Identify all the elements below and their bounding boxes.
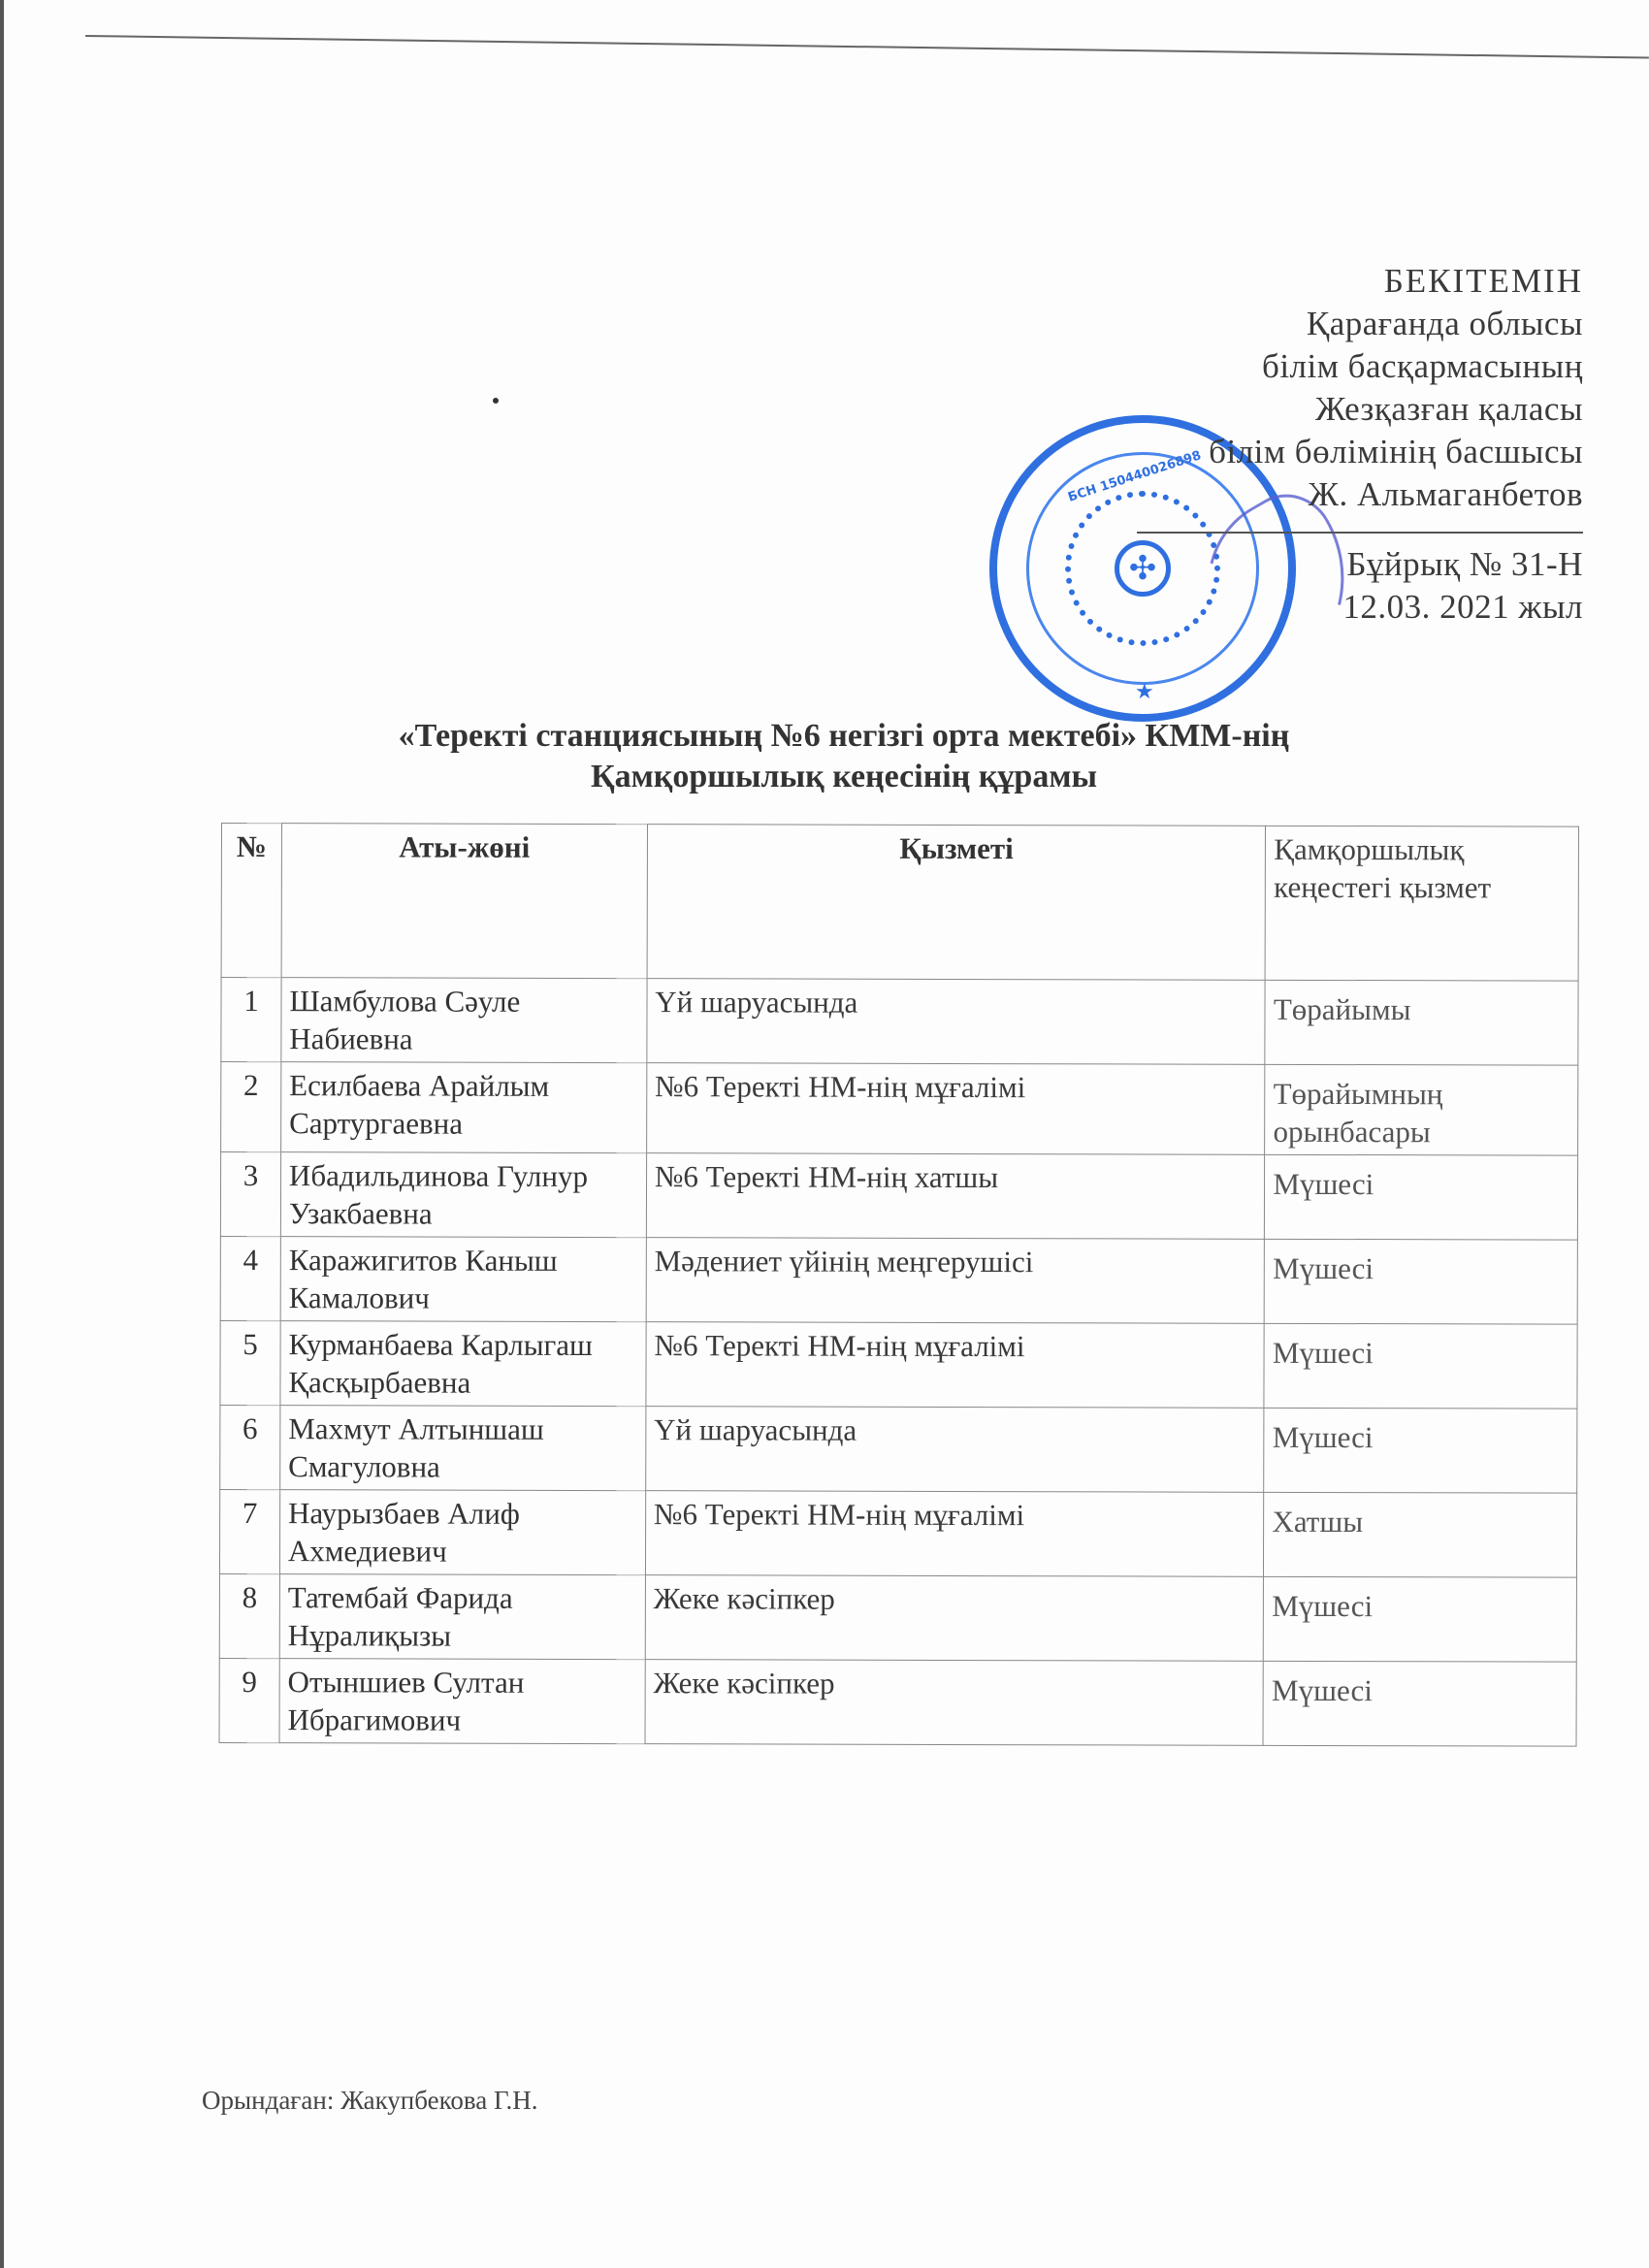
cell-number: 9: [219, 1658, 279, 1742]
approval-block: БЕКІТЕМІН Қарағанда облысы білім басқарм…: [1079, 260, 1583, 629]
order-date: 12.03. 2021 жыл: [1079, 586, 1583, 629]
document-title: «Теректі станциясының №6 негізгі орта ме…: [291, 716, 1397, 797]
cell-number: 5: [220, 1320, 280, 1405]
table-row: 2Есилбаева Арайлым Сартургаевна№6 Терект…: [221, 1062, 1578, 1156]
approver-name: Ж. Альмаганбетов: [1079, 473, 1583, 516]
cell-board-role: Мүшесі: [1265, 1154, 1578, 1240]
table-row: 3Ибадильдинова Гулнур Узакбаевна№6 Терек…: [220, 1152, 1577, 1241]
cell-number: 8: [219, 1573, 279, 1658]
approval-line: Қарағанда облысы: [1079, 303, 1583, 345]
cell-name: Наурызбаев Алиф Ахмедиевич: [279, 1490, 645, 1575]
table-header-row: № Аты-жөні Қызметі Қамқоршылық кеңестегі…: [221, 824, 1578, 982]
cell-number: 7: [219, 1489, 279, 1573]
cell-number: 4: [220, 1236, 280, 1320]
cell-board-role: Төрайымы: [1265, 980, 1578, 1065]
cell-number: 6: [220, 1405, 280, 1489]
cell-position: №6 Теректі НМ-нің мұғалімі: [646, 1063, 1265, 1155]
header-name: Аты-жөні: [281, 824, 647, 979]
approval-line: білім басқармасының: [1079, 345, 1583, 388]
table-row: 8Татембай Фарида НұралиқызыЖеке кәсіпкер…: [219, 1573, 1576, 1662]
approval-line: Жезқазған қаласы: [1079, 388, 1583, 431]
executor-note: Орындаған: Жакупбекова Г.Н.: [202, 2086, 538, 2116]
cell-position: Жеке кәсіпкер: [645, 1575, 1264, 1662]
board-members-table: № Аты-жөні Қызметі Қамқоршылық кеңестегі…: [219, 823, 1579, 1747]
table-row: 6Махмут Алтыншаш СмагуловнаҮй шаруасында…: [220, 1405, 1577, 1493]
cell-number: 2: [221, 1062, 281, 1152]
order-number: Бұйрық № 31-Н: [1079, 543, 1583, 586]
cell-name: Махмут Алтыншаш Смагуловна: [280, 1406, 646, 1491]
cell-position: №6 Теректі НМ-нің мұғалімі: [645, 1491, 1264, 1577]
cell-board-role: Хатшы: [1264, 1492, 1577, 1577]
cell-position: Жеке кәсіпкер: [645, 1660, 1264, 1746]
header-position: Қызметі: [647, 825, 1266, 981]
cell-board-role: Төрайымның орынбасары: [1265, 1064, 1578, 1155]
top-rule-line: [85, 35, 1649, 59]
table-row: 1Шамбулова Сәуле НабиевнаҮй шаруасындаТө…: [221, 978, 1578, 1066]
table-row: 4Каражигитов Каныш КамаловичМәдениет үйі…: [220, 1236, 1577, 1324]
title-line-2: Қамқоршылық кеңесінің құрамы: [291, 757, 1397, 797]
cell-position: Үй шаруасында: [645, 1407, 1264, 1493]
header-board-role: Қамқоршылық кеңестегі қызмет: [1265, 826, 1578, 981]
approval-line: білім бөлімінің басшысы: [1079, 431, 1583, 473]
cell-board-role: Мүшесі: [1263, 1661, 1576, 1746]
cell-name: Есилбаева Арайлым Сартургаевна: [281, 1062, 647, 1153]
cell-board-role: Мүшесі: [1264, 1323, 1577, 1409]
cell-board-role: Мүшесі: [1265, 1239, 1578, 1324]
table-row: 9Отыншиев Султан ИбрагимовичЖеке кәсіпке…: [219, 1658, 1576, 1746]
cell-board-role: Мүшесі: [1264, 1408, 1577, 1493]
cell-name: Отыншиев Султан Ибрагимович: [279, 1659, 645, 1744]
signature-rule: [1137, 532, 1583, 534]
cell-name: Татембай Фарида Нұралиқызы: [279, 1574, 645, 1660]
approval-heading: БЕКІТЕМІН: [1079, 260, 1583, 303]
title-line-1: «Теректі станциясының №6 негізгі орта ме…: [291, 716, 1397, 757]
cell-position: №6 Теректі НМ-нің мұғалімі: [646, 1322, 1265, 1409]
cell-board-role: Мүшесі: [1264, 1576, 1577, 1662]
scan-speck: [493, 398, 499, 404]
star-icon: ★: [1135, 680, 1154, 704]
cell-name: Курманбаева Карлыгаш Қасқырбаевна: [280, 1321, 646, 1407]
header-number: №: [221, 824, 281, 978]
cell-position: №6 Теректі НМ-нің хатшы: [646, 1153, 1265, 1240]
cell-number: 3: [220, 1152, 280, 1237]
cell-position: Мәдениет үйінің меңгерушісі: [646, 1238, 1265, 1324]
cell-number: 1: [221, 978, 281, 1062]
cell-name: Каражигитов Каныш Камалович: [280, 1237, 646, 1322]
cell-position: Үй шаруасында: [647, 979, 1266, 1065]
cell-name: Шамбулова Сәуле Набиевна: [281, 978, 647, 1063]
scan-edge: [0, 0, 4, 2268]
table-row: 7Наурызбаев Алиф Ахмедиевич№6 Теректі НМ…: [219, 1489, 1576, 1577]
cell-name: Ибадильдинова Гулнур Узакбаевна: [280, 1152, 646, 1238]
table-row: 5Курманбаева Карлыгаш Қасқырбаевна№6 Тер…: [220, 1320, 1577, 1409]
